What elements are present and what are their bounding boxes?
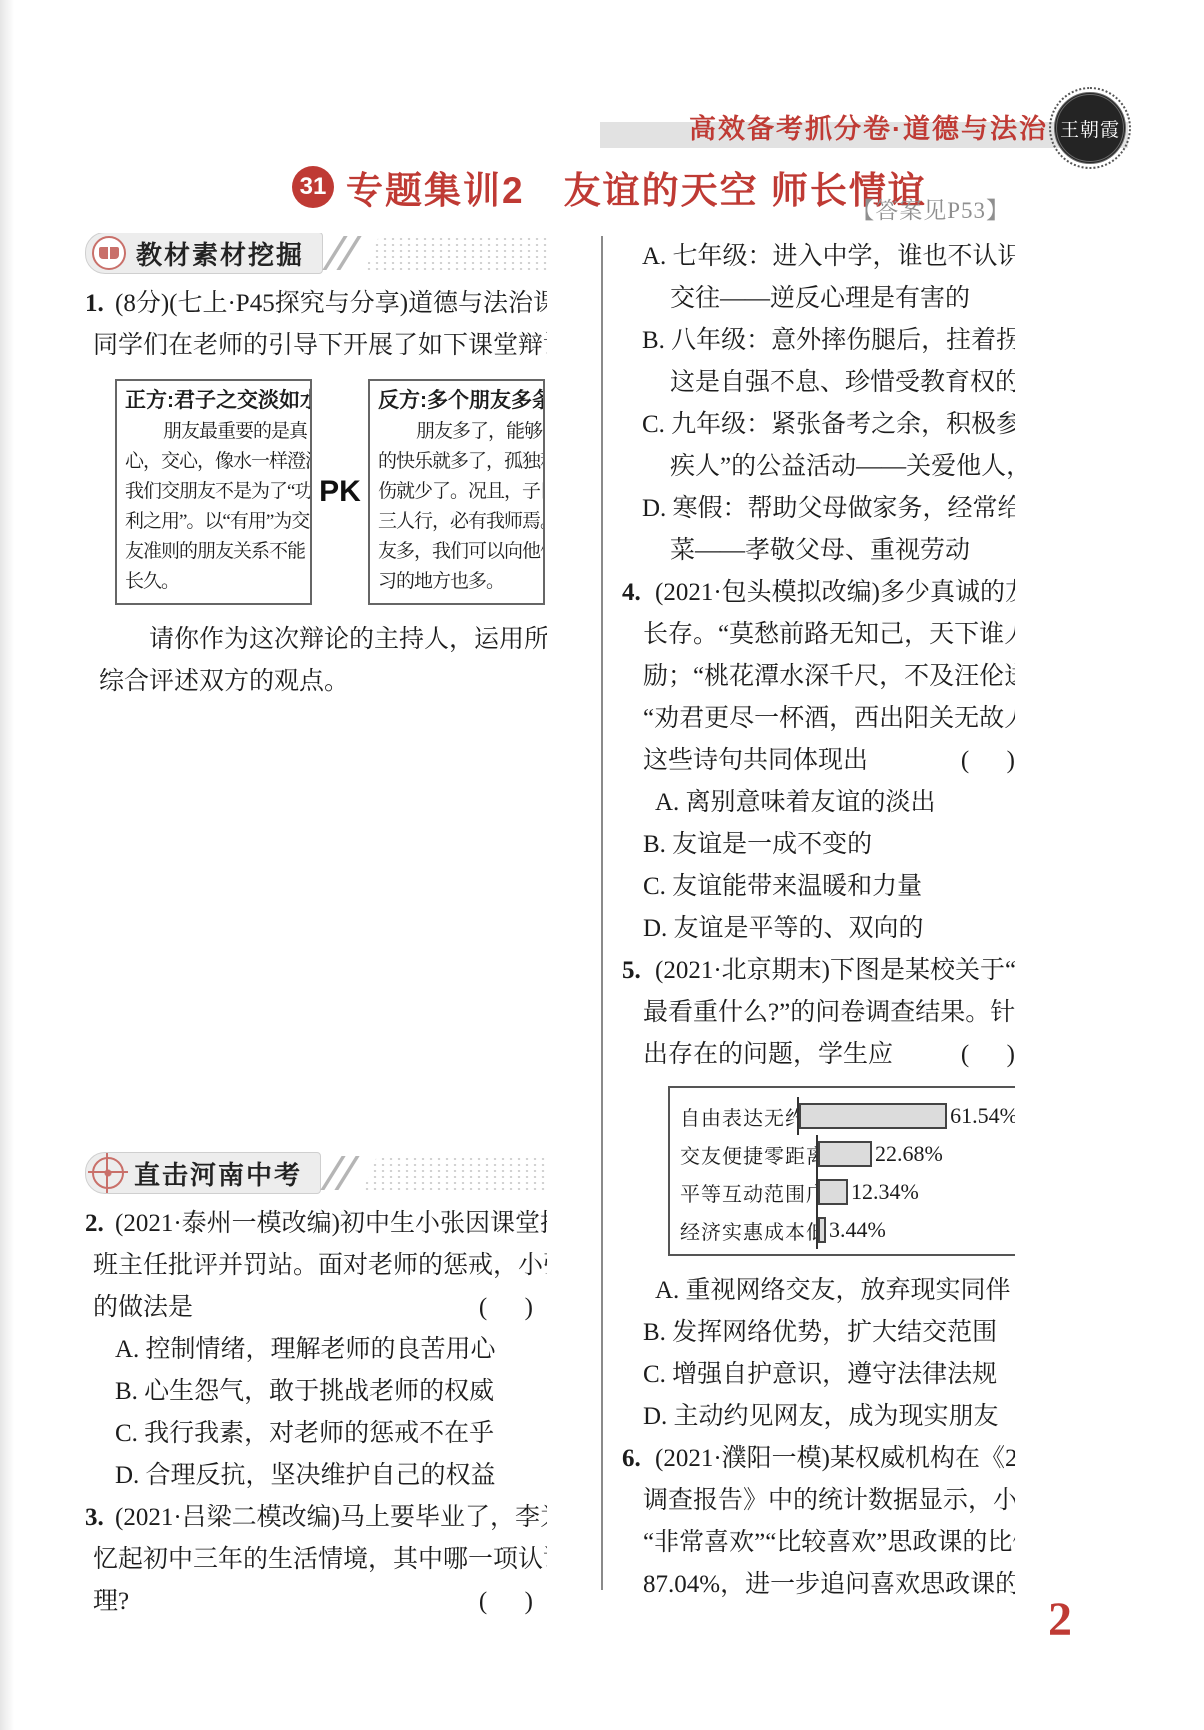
text-line: D. 主动约见网友，成为现实朋友 xyxy=(643,1396,1015,1438)
question-6-text: (2021·濮阳一模)某权威机构在《2020中小学德育调查报告》中的统计数据显示… xyxy=(643,1438,1015,1606)
question-3: 3. (2021·吕梁二模改编)马上要毕业了，李为不禁回忆起初中三年的生活情境，… xyxy=(85,1497,547,1623)
text-line: 87.04%，进一步追问喜欢思政课的原因，选择“对 xyxy=(643,1564,1015,1606)
question-6-number: 6. xyxy=(622,1438,641,1480)
chart-category-label: 交友便捷零距离 xyxy=(680,1140,816,1169)
text-line: (2021·北京期末)下图是某校关于“网络交友，你 xyxy=(643,950,1015,992)
question-2-number: 2. xyxy=(85,1203,104,1245)
text-line: “劝君更尽一杯酒，西出阳关无故人”，是牵挂。 xyxy=(643,698,1015,740)
debate-pro-box: 正方:君子之交淡如水 朋友最重要的是真心，交心，像水一样澄清，我们交朋友不是为了… xyxy=(115,379,312,605)
pk-label: PK xyxy=(319,475,361,509)
spacer xyxy=(85,703,547,1153)
right-column: A. 七年级：进入中学，谁也不认识，拒绝和同学们交往——逆反心理是有害的 B. … xyxy=(622,236,1015,1606)
text-line: 励；“桃花潭水深千尺，不及汪伦送我情”，是真挚； xyxy=(643,656,1015,698)
question-2-options: A. 控制情绪，理解老师的良苦用心B. 心生怨气，敢于挑战老师的权威C. 我行我… xyxy=(115,1329,547,1497)
answer-bracket: ( ) xyxy=(479,1581,533,1623)
text-line: 长存。“莫愁前路无知己，天下谁人不识君”，是激 xyxy=(643,614,1015,656)
chart-bar-row: 交友便捷零距离22.68% xyxy=(680,1135,1015,1173)
chart-category-label: 平等互动范围广 xyxy=(680,1178,816,1207)
text-line: 的快乐就多了，孤独和悲 xyxy=(378,447,535,477)
page-number: 2 xyxy=(1048,1592,1072,1647)
text-line: 利之用”。以“有用”为交 xyxy=(125,507,302,537)
question-4-text: (2021·包头模拟改编)多少真诚的友谊因诗词而长存。“莫愁前路无知己，天下谁人… xyxy=(643,572,1015,740)
text-line: B. 心生怨气，敢于挑战老师的权威 xyxy=(115,1371,547,1413)
question-5-tail-line: 出存在的问题，学生应 ( ) xyxy=(643,1034,1015,1076)
text-line: 最看重什么?”的问卷调查结果。针对结果中突 xyxy=(643,992,1015,1034)
debate-boxes: 正方:君子之交淡如水 朋友最重要的是真心，交心，像水一样澄清，我们交朋友不是为了… xyxy=(115,379,545,605)
section-badge-exam: 直击河南中考 xyxy=(85,1152,321,1194)
option-text: B. 八年级：意外摔伤腿后，拄着拐杖按时上学——这是自强不息、珍惜受教育权的表现 xyxy=(642,320,1015,404)
section-badge-textbook: 教材素材挖掘 xyxy=(85,233,323,274)
text-line: C. 九年级：紧张备考之余，积极参加社区“关爱残 xyxy=(642,404,1015,446)
text-line: D. 寒假：帮助父母做家务，经常给父母做拿手 xyxy=(642,488,1015,530)
chart-bar-cell: 22.68% xyxy=(816,1135,1015,1173)
hatch-decoration xyxy=(363,1156,547,1190)
text-line: 长久。 xyxy=(125,567,302,597)
question-3-text: (2021·吕梁二模改编)马上要毕业了，李为不禁回忆起初中三年的生活情境，其中哪… xyxy=(93,1497,547,1581)
brand-logo-seal: 王朝霞 xyxy=(1054,92,1126,164)
question-1: 1. (8分)(七上·P45探究与分享)道德与法治课上，同学们在老师的引导下开展… xyxy=(85,283,547,367)
text-line: A. 控制情绪，理解老师的良苦用心 xyxy=(115,1329,547,1371)
question-3-tail-line: 理? ( ) xyxy=(93,1581,547,1623)
question-5-tail: 出存在的问题，学生应 xyxy=(643,1034,893,1076)
chart-bar xyxy=(818,1217,826,1243)
question-1-prompt: 请你作为这次辩论的主持人，运用所学知识综合评述双方的观点。 xyxy=(99,619,547,703)
section-header-exam: 直击河南中考 xyxy=(85,1153,547,1193)
text-line: 请你作为这次辩论的主持人，运用所学知识 xyxy=(99,619,547,661)
text-line: 友多，我们可以向他们学 xyxy=(378,537,535,567)
question-3-option-b: B. 八年级：意外摔伤腿后，拄着拐杖按时上学——这是自强不息、珍惜受教育权的表现 xyxy=(642,320,1015,404)
text-line: (2021·泰州一模改编)初中生小张因课堂捣乱被 xyxy=(93,1203,547,1245)
question-1-number: 1. xyxy=(85,283,104,325)
text-line: A. 重视网络交友，放弃现实同伴 xyxy=(643,1270,1015,1312)
brand-logo-text: 王朝霞 xyxy=(1060,115,1120,142)
text-line: 三人行，必有我师焉。朋 xyxy=(378,507,535,537)
text-line: B. 友谊是一成不变的 xyxy=(643,824,1015,866)
chart-value-label: 61.54% xyxy=(950,1103,1015,1129)
question-3-option-d: D. 寒假：帮助父母做家务，经常给父母做拿手菜——孝敬父母、重视劳动 xyxy=(642,488,1015,572)
chart-bar xyxy=(818,1141,872,1167)
page-title: 专题集训2 友谊的天空 师长情谊 xyxy=(346,160,927,214)
question-5-number: 5. xyxy=(622,950,641,992)
question-5-text: (2021·北京期末)下图是某校关于“网络交友，你最看重什么?”的问卷调查结果。… xyxy=(643,950,1015,1034)
debate-pro-text: 朋友最重要的是真心，交心，像水一样澄清，我们交朋友不是为了“功利之用”。以“有用… xyxy=(125,417,302,597)
question-5-options: A. 重视网络交友，放弃现实同伴B. 发挥网络优势，扩大结交范围C. 增强自护意… xyxy=(643,1270,1015,1438)
question-1-text: (8分)(七上·P45探究与分享)道德与法治课上，同学们在老师的引导下开展了如下… xyxy=(93,283,547,367)
chart-value-label: 22.68% xyxy=(875,1141,943,1167)
page-title-row: 31 专题集训2 友谊的天空 师长情谊 xyxy=(292,160,927,214)
chart-bar-cell: 3.44% xyxy=(816,1211,1015,1249)
text-line: 习的地方也多。 xyxy=(378,567,535,597)
chart-bar xyxy=(818,1179,848,1205)
text-line: C. 友谊能带来温暖和力量 xyxy=(643,866,1015,908)
chart-category-label: 自由表达无约束 xyxy=(680,1102,797,1131)
text-line: 忆起初中三年的生活情境，其中哪一项认识不合 xyxy=(93,1539,547,1581)
chart-bar-row: 自由表达无约束61.54% xyxy=(680,1097,1015,1135)
text-line: D. 友谊是平等的、双向的 xyxy=(643,908,1015,950)
text-line: A. 离别意味着友谊的淡出 xyxy=(643,782,1015,824)
debate-pro-title: 正方:君子之交淡如水 xyxy=(125,385,302,417)
chart-bar-row: 经济实惠成本低3.44% xyxy=(680,1211,1015,1249)
series-title: 高效备考抓分卷·道德与法治 xyxy=(660,107,1048,146)
crosshair-icon xyxy=(92,1157,124,1189)
question-3-option-c: C. 九年级：紧张备考之余，积极参加社区“关爱残疾人”的公益活动——关爱他人，有… xyxy=(642,404,1015,488)
text-line: C. 增强自护意识，遵守法律法规 xyxy=(643,1354,1015,1396)
chart-bar-row: 平等互动范围广12.34% xyxy=(680,1173,1015,1211)
text-line: 这是自强不息、珍惜受教育权的表现 xyxy=(642,362,1015,404)
option-text: C. 九年级：紧张备考之余，积极参加社区“关爱残疾人”的公益活动——关爱他人，有… xyxy=(642,404,1015,488)
text-line: 朋友最重要的是真 xyxy=(125,417,302,447)
answer-reference: 【答案见P53】 xyxy=(851,192,1010,225)
question-6: 6. (2021·濮阳一模)某权威机构在《2020中小学德育调查报告》中的统计数… xyxy=(622,1438,1015,1606)
section-header-textbook: 教材素材挖掘 xyxy=(85,233,547,273)
answer-bracket: ( ) xyxy=(961,740,1015,782)
text-line: C. 我行我素，对老师的惩戒不在乎 xyxy=(115,1413,547,1455)
text-line: A. 七年级：进入中学，谁也不认识，拒绝和同学们 xyxy=(642,236,1015,278)
slash-decoration xyxy=(322,236,347,270)
question-2-tail-line: 的做法是 ( ) xyxy=(93,1287,547,1329)
text-line: 伤就少了。况且，子曰： xyxy=(378,477,535,507)
slash-decoration xyxy=(320,1156,345,1190)
question-4: 4. (2021·包头模拟改编)多少真诚的友谊因诗词而长存。“莫愁前路无知己，天… xyxy=(622,572,1015,950)
question-5: 5. (2021·北京期末)下图是某校关于“网络交友，你最看重什么?”的问卷调查… xyxy=(622,950,1015,1076)
question-3-number: 3. xyxy=(85,1497,104,1539)
text-line: 友准则的朋友关系不能 xyxy=(125,537,302,567)
chart-bar xyxy=(799,1103,947,1129)
question-3-options: A. 七年级：进入中学，谁也不认识，拒绝和同学们交往——逆反心理是有害的 B. … xyxy=(622,236,1015,572)
text-line: B. 八年级：意外摔伤腿后，拄着拐杖按时上学—— xyxy=(642,320,1015,362)
question-2-tail: 的做法是 xyxy=(93,1287,193,1329)
chart-bar-cell: 12.34% xyxy=(816,1173,1015,1211)
hatch-decoration xyxy=(365,236,547,270)
chart-bar-cell: 61.54% xyxy=(797,1097,1015,1135)
text-line: (2021·吕梁二模改编)马上要毕业了，李为不禁回 xyxy=(93,1497,547,1539)
text-line: 菜——孝敬父母、重视劳动 xyxy=(642,530,1015,572)
debate-con-box: 反方:多个朋友多条路 朋友多了，能够分享的快乐就多了，孤独和悲伤就少了。况且，子… xyxy=(368,379,545,605)
option-text: A. 七年级：进入中学，谁也不认识，拒绝和同学们交往——逆反心理是有害的 xyxy=(642,236,1015,320)
text-line: 交往——逆反心理是有害的 xyxy=(642,278,1015,320)
question-4-number: 4. xyxy=(622,572,641,614)
answer-bracket: ( ) xyxy=(961,1034,1015,1076)
text-line: 疾人”的公益活动——关爱他人，有社会责任感 xyxy=(642,446,1015,488)
title-number-badge: 31 xyxy=(292,166,334,208)
workbook-page: 高效备考抓分卷·道德与法治 王朝霞 31 专题集训2 友谊的天空 师长情谊 【答… xyxy=(0,0,1204,1730)
text-line: 综合评述双方的观点。 xyxy=(99,661,547,703)
text-line: 班主任批评并罚站。面对老师的惩戒，小张正确 xyxy=(93,1245,547,1287)
option-text: D. 寒假：帮助父母做家务，经常给父母做拿手菜——孝敬父母、重视劳动 xyxy=(642,488,1015,572)
chart-category-label: 经济实惠成本低 xyxy=(680,1216,816,1245)
answer-bracket: ( ) xyxy=(479,1287,533,1329)
survey-bar-chart: 自由表达无约束61.54%交友便捷零距离22.68%平等互动范围广12.34%经… xyxy=(668,1086,1015,1256)
question-4-options: A. 离别意味着友谊的淡出B. 友谊是一成不变的C. 友谊能带来温暖和力量D. … xyxy=(643,782,1015,950)
text-line: 朋友多了，能够分享 xyxy=(378,417,535,447)
question-3-option-a: A. 七年级：进入中学，谁也不认识，拒绝和同学们交往——逆反心理是有害的 xyxy=(642,236,1015,320)
question-4-tail: 这些诗句共同体现出 xyxy=(643,740,868,782)
left-column: 教材素材挖掘 1. (8分)(七上·P45探究与分享)道德与法治课上，同学们在老… xyxy=(85,233,547,1623)
question-4-tail-line: 这些诗句共同体现出 ( ) xyxy=(643,740,1015,782)
debate-con-text: 朋友多了，能够分享的快乐就多了，孤独和悲伤就少了。况且，子曰：三人行，必有我师焉… xyxy=(378,417,535,597)
text-line: 同学们在老师的引导下开展了如下课堂辩论： xyxy=(93,325,547,367)
question-3-tail: 理? xyxy=(93,1581,129,1623)
section-label: 教材素材挖掘 xyxy=(136,235,304,272)
text-line: (2021·濮阳一模)某权威机构在《2020中小学德育 xyxy=(643,1438,1015,1480)
chart-value-label: 3.44% xyxy=(829,1217,886,1243)
question-5-options-block: A. 重视网络交友，放弃现实同伴B. 发挥网络优势，扩大结交范围C. 增强自护意… xyxy=(622,1270,1015,1438)
text-line: “非常喜欢”“比较喜欢”思政课的比例合计达到了 xyxy=(643,1522,1015,1564)
text-line: 我们交朋友不是为了“功 xyxy=(125,477,302,507)
book-icon xyxy=(92,236,126,270)
question-2: 2. (2021·泰州一模改编)初中生小张因课堂捣乱被班主任批评并罚站。面对老师… xyxy=(85,1203,547,1497)
text-line: (2021·包头模拟改编)多少真诚的友谊因诗词而 xyxy=(643,572,1015,614)
chart-value-label: 12.34% xyxy=(851,1179,919,1205)
question-2-text: (2021·泰州一模改编)初中生小张因课堂捣乱被班主任批评并罚站。面对老师的惩戒… xyxy=(93,1203,547,1287)
section-label: 直击河南中考 xyxy=(134,1155,302,1192)
text-line: B. 发挥网络优势，扩大结交范围 xyxy=(643,1312,1015,1354)
text-line: 调查报告》中的统计数据显示，小学生和初中生 xyxy=(643,1480,1015,1522)
text-line: (8分)(七上·P45探究与分享)道德与法治课上， xyxy=(93,283,547,325)
text-line: D. 合理反抗，坚决维护自己的权益 xyxy=(115,1455,547,1497)
column-divider xyxy=(601,236,603,1590)
text-line: 心，交心，像水一样澄清， xyxy=(125,447,302,477)
debate-con-title: 反方:多个朋友多条路 xyxy=(378,385,535,417)
